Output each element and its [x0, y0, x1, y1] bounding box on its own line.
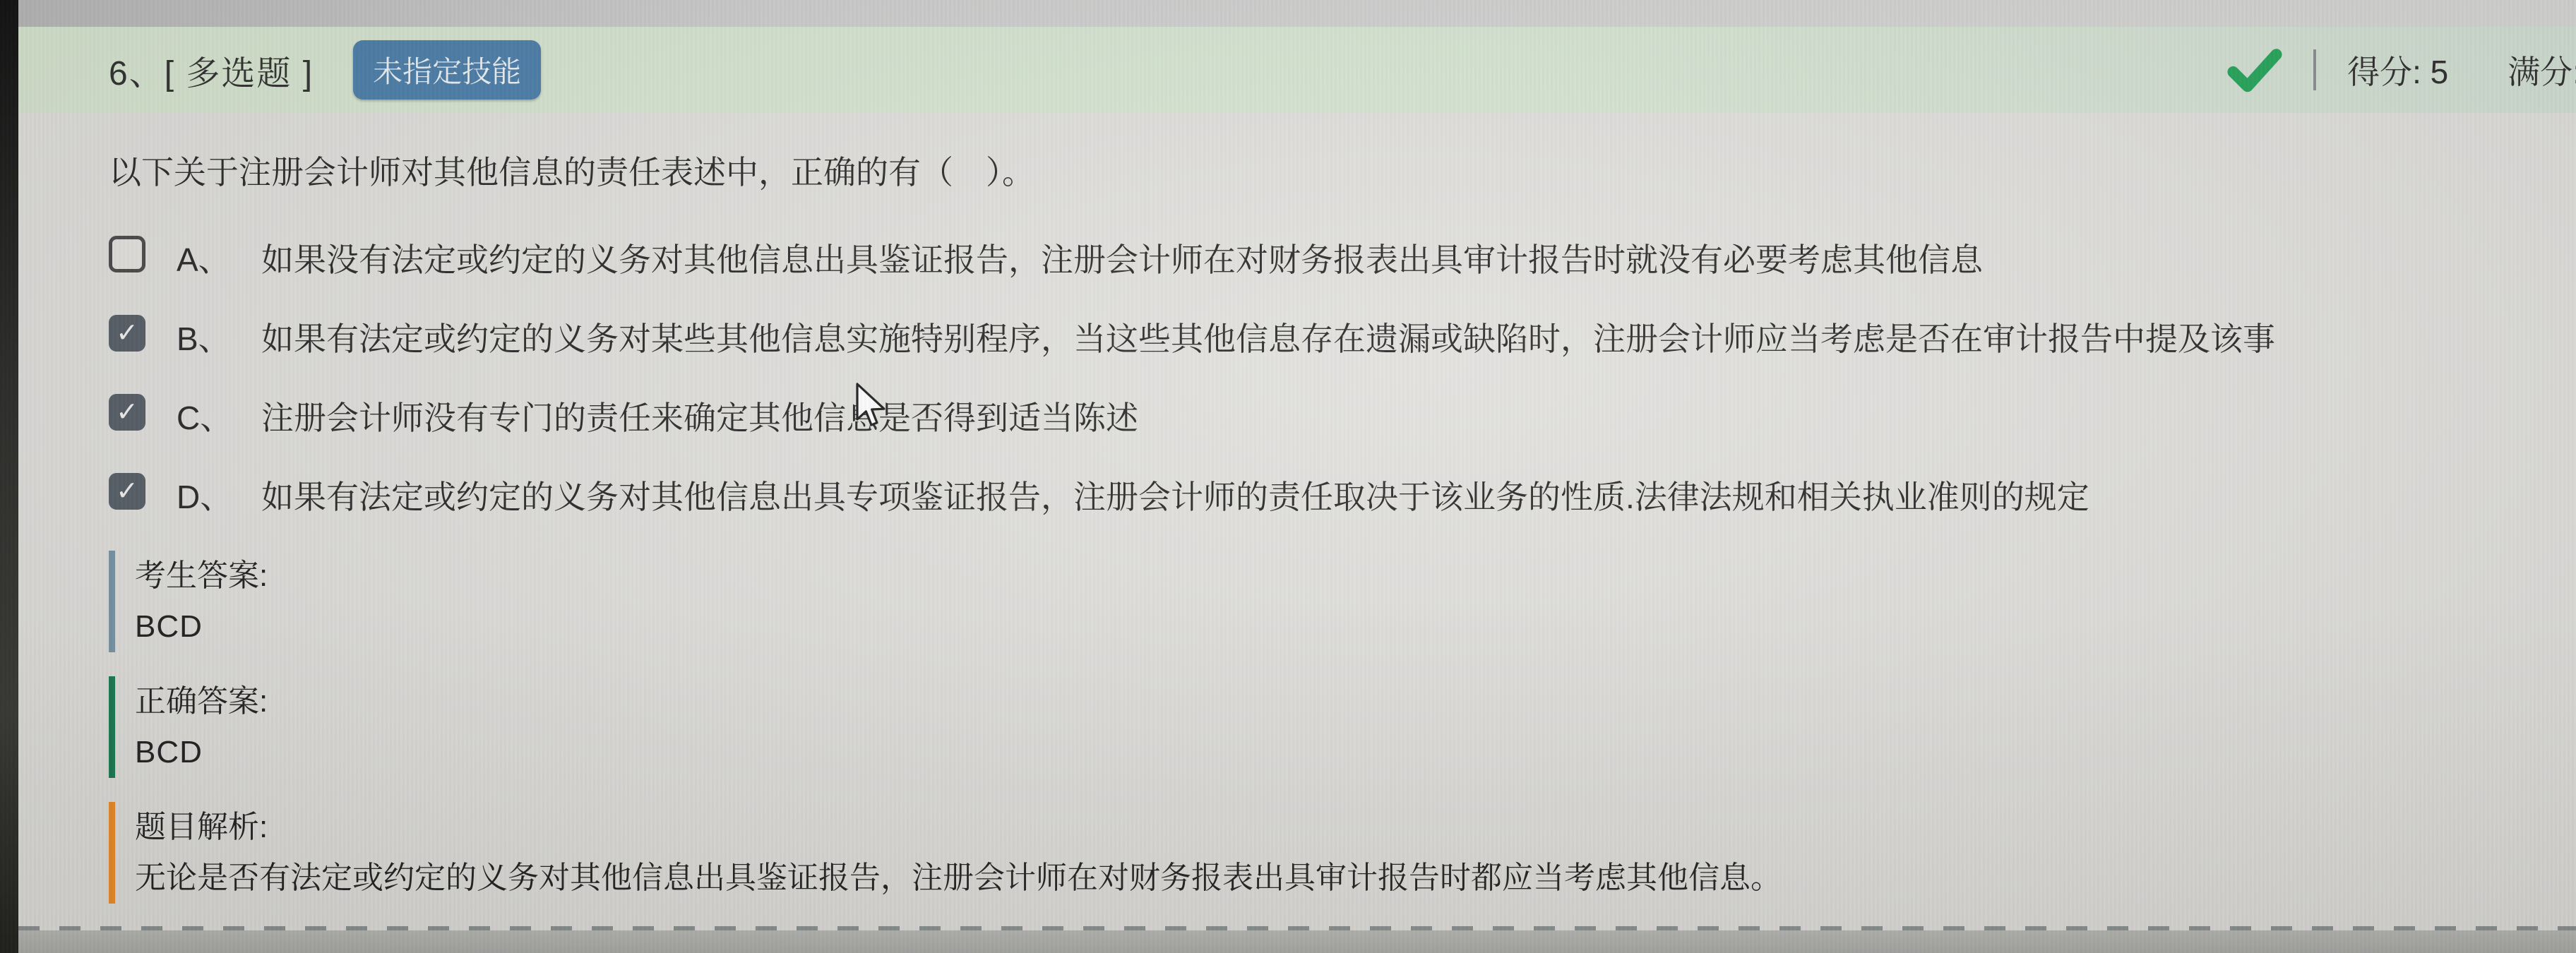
skill-badge: 未指定技能	[353, 40, 541, 100]
option-b-letter: B、	[177, 313, 261, 360]
question-header-right: 得分: 5 满分:	[2227, 47, 2576, 93]
question-text: 以下关于注册会计师对其他信息的责任表述中，正确的有（ ）。	[109, 147, 2576, 193]
correct-answer-value: BCD	[135, 727, 2576, 778]
full-score-label: 满分:	[2508, 47, 2576, 93]
option-a-text: 如果没有法定或约定的义务对其他信息出具鉴证报告，注册会计师在对财务报表出具审计报…	[261, 234, 1983, 281]
student-answer-value: BCD	[135, 601, 2576, 652]
option-c-letter: C、	[177, 392, 261, 439]
option-c-checkbox[interactable]: ✓	[109, 394, 145, 431]
option-a-checkbox[interactable]: ✓	[109, 236, 145, 272]
screen-left-bezel	[0, 0, 18, 953]
screen-bottom-edge	[0, 930, 2576, 953]
option-d-text: 如果有法定或约定的义务对其他信息出具专项鉴证报告，注册会计师的责任取决于该业务的…	[261, 472, 2089, 518]
analysis-text: 无论是否有法定或约定的义务对其他信息出具鉴证报告，注册会计师在对财务报表出具审计…	[135, 853, 2576, 904]
option-d-letter: D、	[177, 472, 261, 518]
header-divider	[2313, 49, 2316, 90]
option-d-checkbox[interactable]: ✓	[109, 473, 145, 510]
mouse-cursor-icon	[854, 383, 887, 433]
screen-top-edge	[0, 0, 2576, 27]
question-number: 6、[ 多选题 ]	[109, 46, 314, 95]
question-body: 以下关于注册会计师对其他信息的责任表述中，正确的有（ ）。 ✓ A、 如果没有法…	[18, 113, 2576, 930]
option-row-c: ✓ C、 注册会计师没有专门的责任来确定其他信息是否得到适当陈述	[109, 392, 2576, 439]
option-row-d: ✓ D、 如果有法定或约定的义务对其他信息出具专项鉴证报告，注册会计师的责任取决…	[109, 472, 2576, 518]
check-icon: ✓	[116, 478, 138, 505]
analysis-block: 题目解析: 无论是否有法定或约定的义务对其他信息出具鉴证报告，注册会计师在对财务…	[109, 802, 2576, 904]
check-icon: ✓	[116, 320, 138, 347]
options-list: ✓ A、 如果没有法定或约定的义务对其他信息出具鉴证报告，注册会计师在对财务报表…	[109, 234, 2576, 518]
option-b-checkbox[interactable]: ✓	[109, 315, 145, 352]
option-row-a: ✓ A、 如果没有法定或约定的义务对其他信息出具鉴证报告，注册会计师在对财务报表…	[109, 234, 2576, 281]
question-header-left: 6、[ 多选题 ] 未指定技能	[18, 40, 2227, 100]
option-b-text: 如果有法定或约定的义务对某些其他信息实施特别程序，当这些其他信息存在遗漏或缺陷时…	[261, 313, 2275, 360]
check-icon: ✓	[116, 399, 138, 426]
option-a-letter: A、	[177, 234, 261, 281]
student-answer-block: 考生答案: BCD	[109, 551, 2576, 652]
correct-check-icon	[2227, 47, 2282, 92]
correct-answer-label: 正确答案:	[135, 676, 2576, 727]
analysis-label: 题目解析:	[135, 802, 2576, 853]
dashed-separator	[18, 926, 2576, 930]
option-c-text: 注册会计师没有专门的责任来确定其他信息是否得到适当陈述	[261, 392, 1138, 439]
option-row-b: ✓ B、 如果有法定或约定的义务对某些其他信息实施特别程序，当这些其他信息存在遗…	[109, 313, 2576, 360]
score-label: 得分: 5	[2347, 47, 2448, 93]
exam-review-page: 6、[ 多选题 ] 未指定技能 得分: 5 满分: 以下关于注册会计师对其他信息…	[0, 0, 2576, 953]
correct-answer-block: 正确答案: BCD	[109, 676, 2576, 778]
student-answer-label: 考生答案:	[135, 551, 2576, 601]
question-header: 6、[ 多选题 ] 未指定技能 得分: 5 满分:	[18, 27, 2576, 113]
